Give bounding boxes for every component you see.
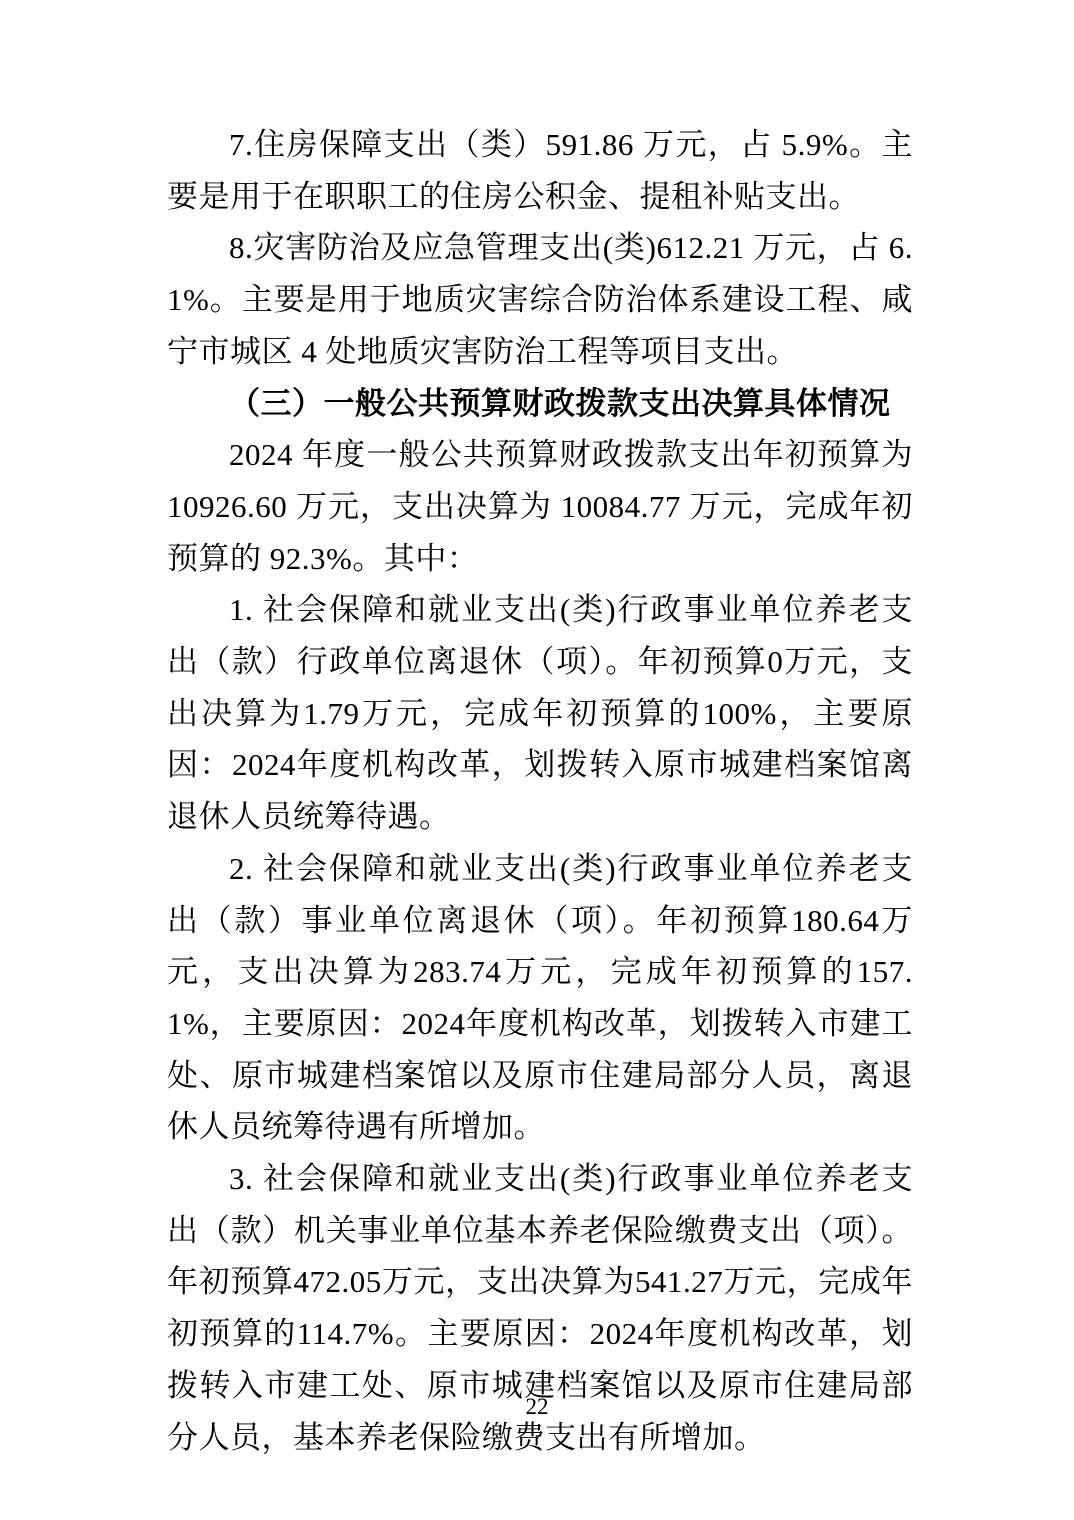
paragraph-item-2-institution-retirement: 2. 社会保障和就业支出(类)行政事业单位养老支出（款）事业单位离退休（项）。年… (167, 843, 913, 1153)
page-number: 22 (0, 1392, 1074, 1422)
paragraph-housing-expenditure: 7.住房保障支出（类）591.86 万元，占 5.9%。主要是用于在职职工的住房… (167, 119, 913, 222)
section-heading-general-budget-details: （三）一般公共预算财政拨款支出决算具体情况 (167, 378, 913, 430)
paragraph-disaster-prevention-expenditure: 8.灾害防治及应急管理支出(类)612.21 万元，占 6.1%。主要是用于地质… (167, 222, 913, 377)
paragraph-2024-budget-summary: 2024 年度一般公共预算财政拨款支出年初预算为 10926.60 万元，支出决… (167, 429, 913, 584)
paragraph-item-1-admin-retirement: 1. 社会保障和就业支出(类)行政事业单位养老支出（款）行政单位离退休（项）。年… (167, 584, 913, 843)
document-body: 7.住房保障支出（类）591.86 万元，占 5.9%。主要是用于在职职工的住房… (167, 119, 913, 1463)
document-page: 7.住房保障支出（类）591.86 万元，占 5.9%。主要是用于在职职工的住房… (0, 0, 1074, 1520)
